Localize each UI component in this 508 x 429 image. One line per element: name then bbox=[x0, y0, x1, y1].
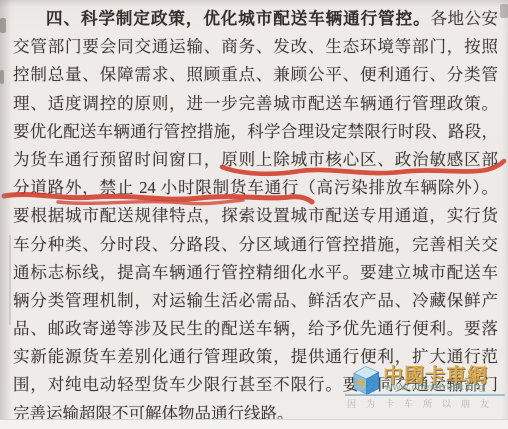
scan-shadow-right bbox=[502, 0, 508, 429]
document-line: 车分种类、分时段、分路段、分区域通行管控措施，完善相关交 bbox=[13, 231, 498, 259]
document-line: 围，对纯电动轻型货车少限行甚至不限行。要会同交通运输部门 bbox=[13, 371, 498, 399]
document-line: 理、适度调控的原则，进一步完善城市配送车辆通行管理政策。 bbox=[13, 90, 498, 118]
scan-shadow-left bbox=[0, 0, 12, 429]
scan-crease bbox=[9, 235, 11, 325]
document-body: 四、科学制定政策，优化城市配送车辆通行管控。各地公安 交管部门要会同交通运输、商… bbox=[13, 5, 498, 428]
scanned-document-page: 四、科学制定政策，优化城市配送车辆通行管控。各地公安 交管部门要会同交通运输、商… bbox=[0, 0, 508, 429]
scan-artifact bbox=[0, 18, 6, 33]
document-line: 要优化配送车辆通行管控措施，科学合理设定禁限行时段、路段， bbox=[13, 118, 498, 146]
document-line: 交管部门要会同交通运输、商务、发改、生态环境等部门，按照 bbox=[13, 33, 498, 61]
document-line: 控制总量、保障需求、照顾重点、兼顾公平、便利通行、分类管 bbox=[13, 61, 498, 89]
section-heading: 四、科学制定政策，优化城市配送车辆通行管控。 bbox=[46, 9, 431, 28]
document-line: 通标志标线，提高车辆通行管控精细化水平。要建立城市配送车 bbox=[13, 259, 498, 287]
document-line-underlined: 分道路外，禁止 24 小时限制货车通行（高污染排放车辆除外）。 bbox=[13, 174, 498, 202]
document-line: 要根据城市配送规律特点，探索设置城市配送专用通道，实行货 bbox=[13, 202, 498, 230]
document-heading-line: 四、科学制定政策，优化城市配送车辆通行管控。各地公安 bbox=[13, 5, 498, 33]
heading-continuation: 各地公安 bbox=[431, 9, 498, 28]
document-line: 为货车通行预留时间窗口，原则上除城市核心区、政治敏感区部 bbox=[13, 146, 498, 174]
document-line: 实新能源货车差别化通行管理政策，提供通行便利，扩大通行范 bbox=[13, 343, 498, 371]
document-line: 辆分类管理机制，对运输生活必需品、鲜活农产品、冷藏保鲜产 bbox=[13, 287, 498, 315]
document-line: 品、邮政寄递等涉及民生的配送车辆，给予优先通行便利。要落 bbox=[13, 315, 498, 343]
scan-artifact bbox=[500, 4, 508, 18]
scan-artifact bbox=[0, 70, 4, 84]
page-bottom-edge bbox=[0, 419, 508, 429]
